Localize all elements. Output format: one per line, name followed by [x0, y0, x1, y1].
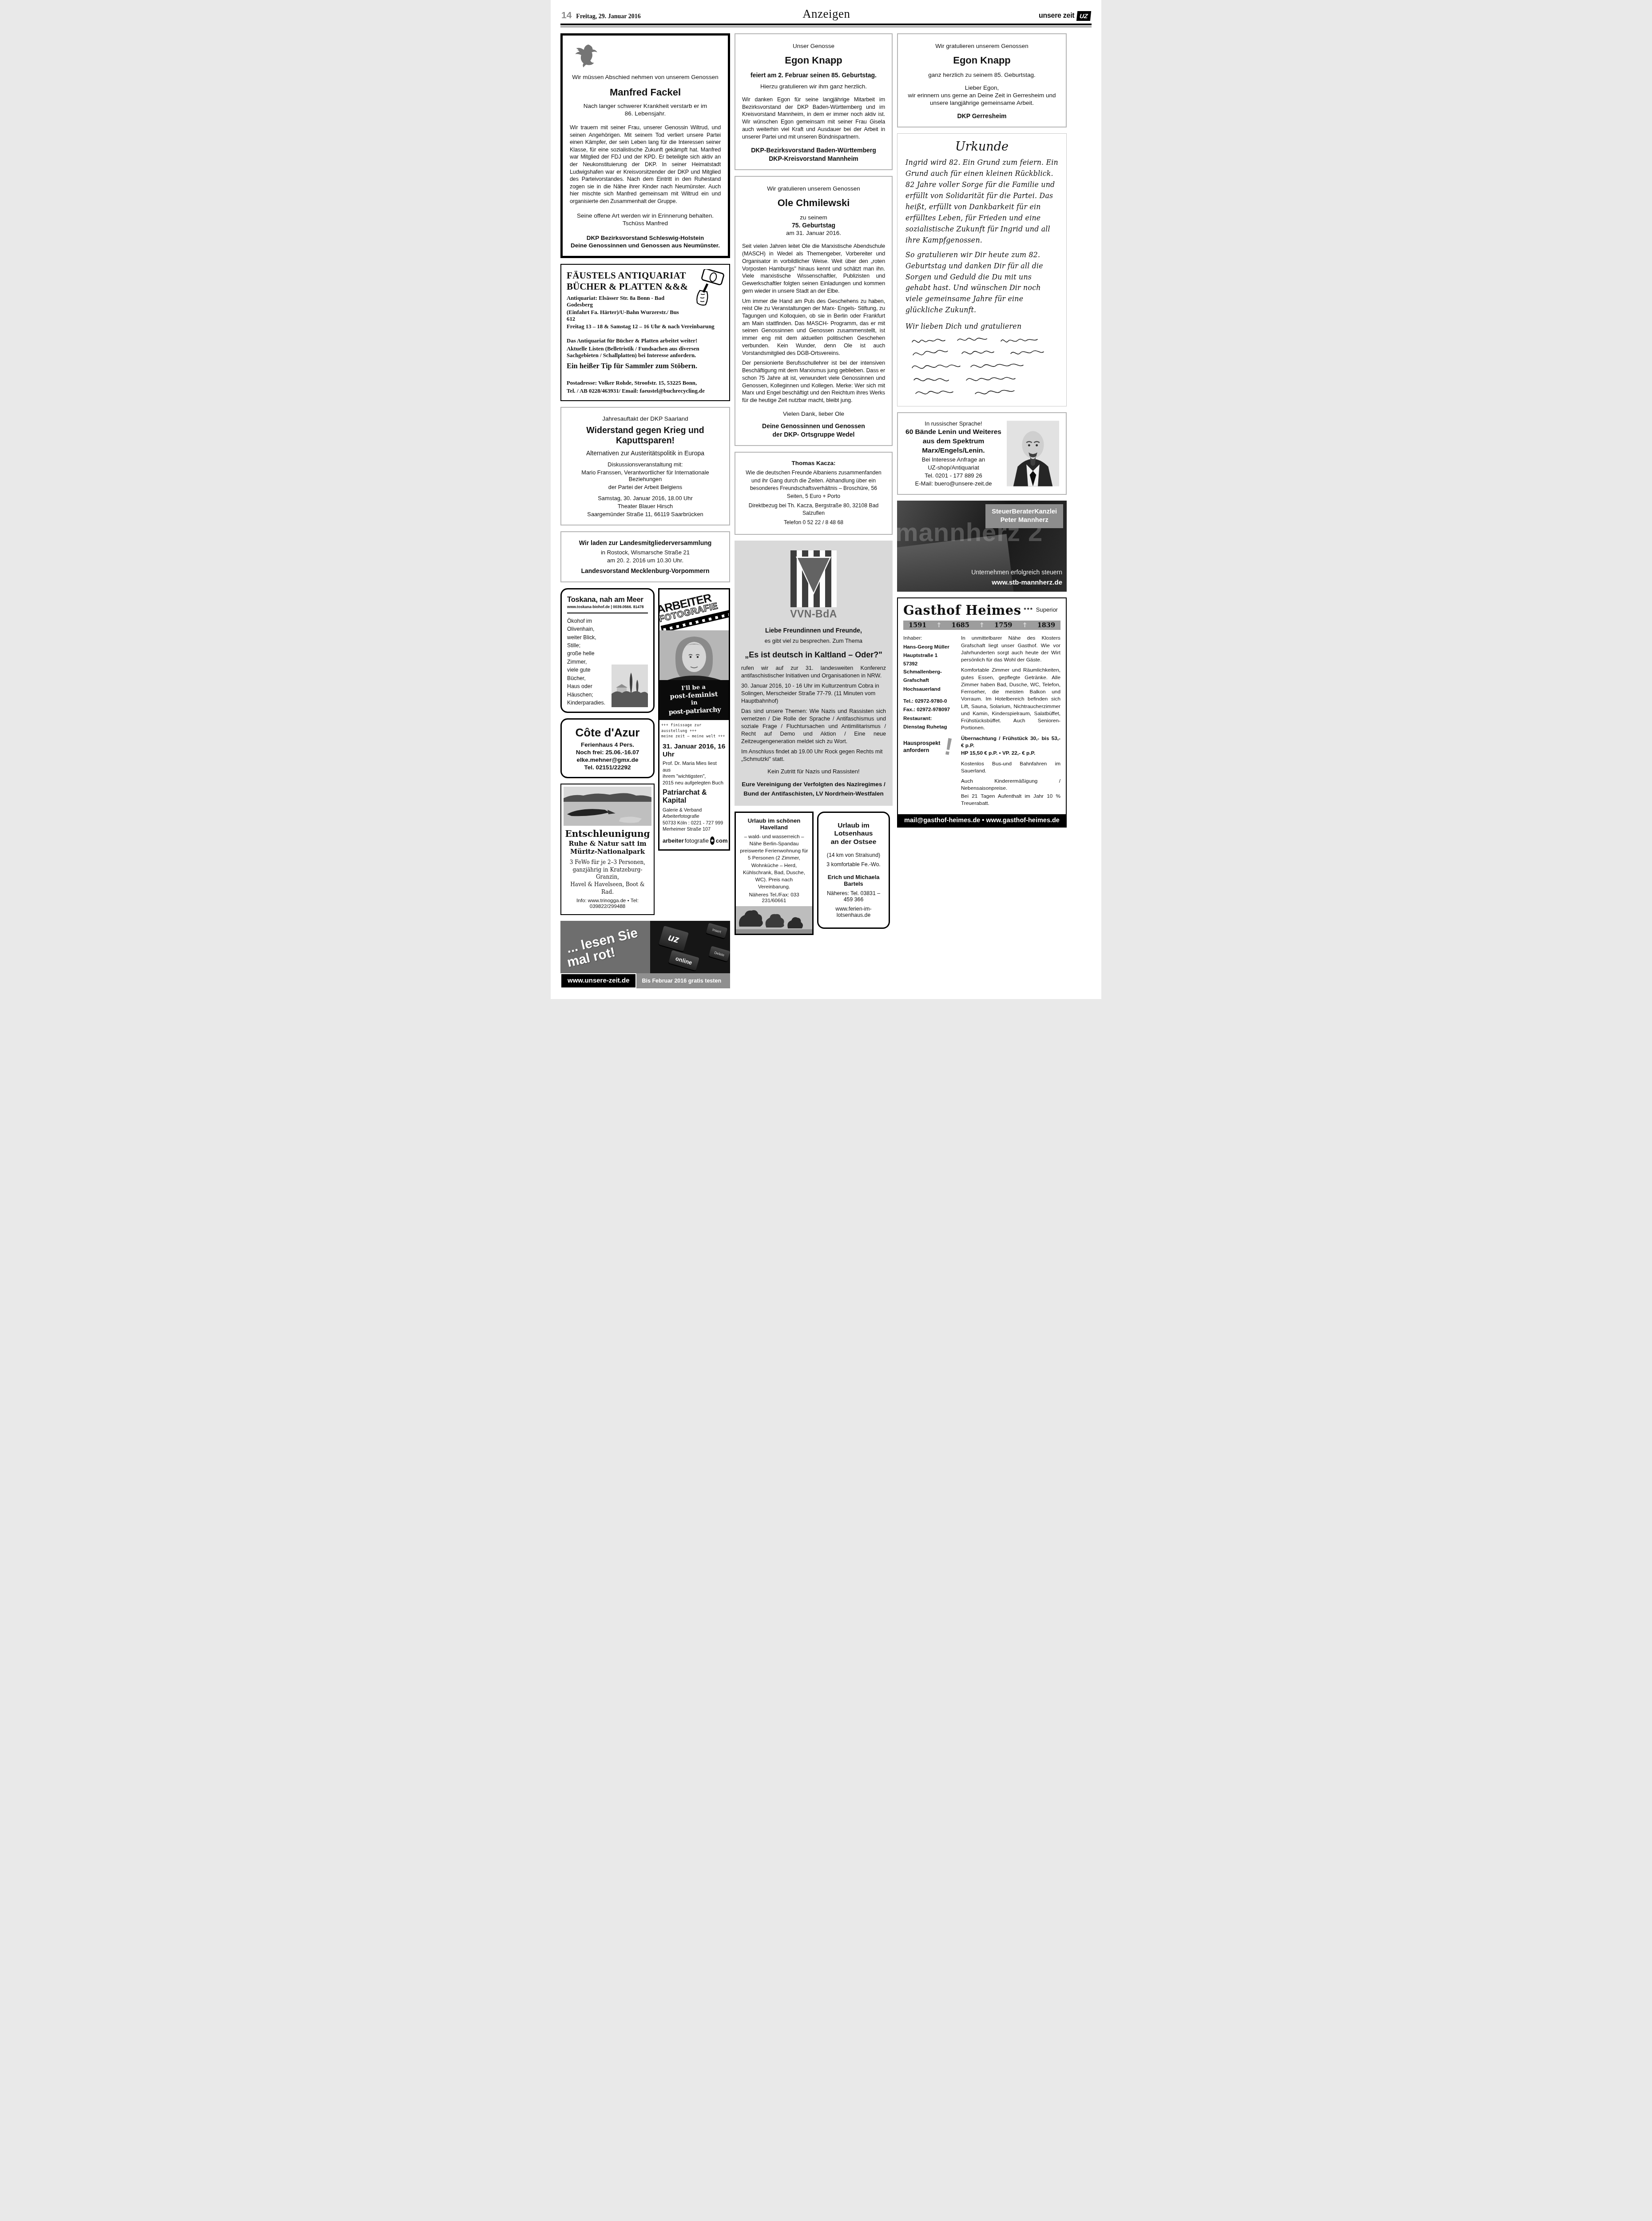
gasthof-owner-name: Hans-Georg Müller	[903, 643, 956, 651]
gasthof-fax: Fax.: 02972-978097	[903, 706, 956, 713]
kacza-title: Thomas Kacza:	[742, 460, 885, 466]
section-title: Anzeigen	[802, 7, 850, 21]
ad-thomas-kacza: Thomas Kacza: Wie die deutschen Freunde …	[735, 452, 893, 535]
saarland-venue: Theater Blauer Hirsch	[568, 503, 723, 509]
af-desc-1: Prof. Dr. Maria Mies liest aus	[663, 760, 726, 773]
vvn-logo-text: VVN-BdA	[787, 608, 840, 620]
ad-faeustels-antiquariat: FÄUSTELS ANTIQUARIAT BÜCHER & PLATTEN &&…	[560, 264, 730, 401]
lotsenhaus-title-2: an der Ostsee	[823, 838, 884, 847]
paper-name: unsere zeit	[1039, 12, 1074, 20]
vvn-call: rufen wir auf zur 31. landesweiten Konfe…	[741, 665, 886, 680]
toskana-line-6: Kinderparadies.	[567, 699, 610, 707]
vvn-signature-1: Eure Vereinigung der Verfolgten des Nazi…	[741, 780, 886, 788]
egon-d-kicker: Wir gratulieren unserem Genossen	[905, 43, 1059, 49]
urkunde-certificate: Urkunde Ingrid wird 82. Ein Grund zum fe…	[897, 133, 1067, 406]
obituary-intro: Wir müssen Abschied nehmen von unserem G…	[570, 74, 721, 80]
kacza-body-2: Direktbezug bei Th. Kacza, Bergstraße 80…	[742, 502, 885, 517]
saarland-kicker: Jahresauftakt der DKP Saarland	[568, 415, 723, 422]
entschleunigung-sub-1: Ruhe & Natur satt im	[564, 840, 651, 848]
gasthof-year-3: 1759	[994, 621, 1012, 629]
af-event-date: 31. Januar 2016, 16 Uhr	[663, 743, 726, 759]
ad-uz-online-promo: ... lesen Sie mal rot! Insert Delete uz …	[560, 921, 730, 988]
egon-d-body-1: wir erinnern uns gerne an Deine Zeit in …	[905, 92, 1059, 99]
ad-vvn-bda-konferenz: VVN-BdA Liebe Freundinnen und Freunde, e…	[735, 541, 893, 806]
gasthof-year-2: 1685	[952, 621, 969, 629]
lotsenhaus-phone: Näheres: Tel. 03831 – 459 366	[823, 890, 884, 903]
egon-bw-body: Wir danken Egon für seine langjährige Mi…	[742, 96, 885, 140]
gasthof-price-2: HP 15,50 € p.P. • VP. 22,- € p.P.	[961, 749, 1060, 756]
af-site-tld: com	[716, 837, 728, 844]
gasthof-paragraph-3: Kostenlos Bus-und Bahnfahren im Sauerlan…	[961, 760, 1060, 775]
ad-lenin-baende: In russischer Sprache! 60 Bände Lenin un…	[897, 412, 1067, 495]
urkunde-paragraph-3: Wir lieben Dich und gratulieren	[905, 321, 1058, 332]
gasthof-year-1: 1591	[909, 621, 926, 629]
lenin-line-6: UZ-shop/Antiquariat	[905, 464, 1002, 471]
uz-key: uz	[659, 926, 689, 951]
mannherz-firm-1: SteuerBeraterKanzlei	[992, 508, 1057, 516]
af-book-title: Patriarchat & Kapital	[663, 789, 726, 805]
exclamation-graphic: !	[943, 736, 954, 757]
havelland-phone: Näheres Tel./Fax: 033 231/60661	[739, 892, 809, 904]
obituary-signature-2: Deine Genossinnen und Genossen aus Neumü…	[570, 242, 721, 249]
finissage-strip: +++ finissage zur ausstellung +++ meine …	[659, 720, 729, 741]
obituary-name: Manfred Fackel	[570, 87, 721, 98]
gasthof-stars: ***	[1024, 606, 1033, 613]
gasthof-phone: Tel.: 02972-9780-0	[903, 697, 956, 705]
egon-bw-kicker: Unser Genosse	[742, 43, 885, 49]
ad-landesmitgliederversammlung: Wir laden zur Landesmitgliederversammlun…	[560, 531, 730, 582]
af-site-bold: arbeiter	[663, 837, 684, 844]
entschleunigung-sub-2: Müritz-Nationalpark	[564, 848, 651, 856]
lenin-portrait-photo	[1007, 420, 1059, 487]
camera-star-icon: ★	[710, 836, 715, 845]
ole-line-1: zu seinem	[742, 214, 885, 221]
lotsenhaus-title-1: Urlaub im Lotsenhaus	[823, 822, 884, 838]
ad-dkp-saarland-event: Jahresauftakt der DKP Saarland Widerstan…	[560, 407, 730, 525]
gasthof-superior: Superior	[1036, 606, 1058, 613]
left-sub-column: Toskana, nah am Meer www.toskana-biohof.…	[560, 588, 655, 915]
egon-d-name: Egon Knapp	[905, 55, 1059, 66]
gasthof-owner-street: Hauptstraße 1	[903, 652, 956, 659]
uz-website-url: www.unsere-zeit.de	[560, 973, 636, 988]
egon-d-signature: DKP Gerresheim	[905, 112, 1059, 119]
gasthof-paragraph-1: In unmittelbarer Nähe des Klosters Grafs…	[961, 634, 1060, 663]
saarland-date: Samstag, 30. Januar 2016, 18.00 Uhr	[568, 495, 723, 502]
ole-name: Ole Chmilewski	[742, 197, 885, 209]
tshirt-slogan-photo: I'll be a post-feminist in post-patriarc…	[659, 680, 729, 720]
ole-signature-2: der DKP- Ortsgruppe Wedel	[742, 431, 885, 438]
column-middle: Unser Genosse Egon Knapp feiert am 2. Fe…	[735, 33, 893, 935]
arbeiterfotografie-info: 31. Januar 2016, 16 Uhr Prof. Dr. Maria …	[659, 741, 729, 849]
toskana-title: Toskana, nah am Meer	[567, 596, 648, 604]
keyboard-photo: Insert Delete uz online	[650, 921, 730, 973]
gasthof-price-1: Übernachtung / Frühstück 30,- bis 53,- €…	[961, 735, 1060, 749]
obituary-body: Wir trauern mit seiner Frau, unserer Gen…	[570, 124, 721, 205]
lenin-line-7: Tel. 0201 - 177 889 26	[905, 472, 1002, 479]
saarland-subtitle: Alternativen zur Austeritätspolitik in E…	[568, 450, 723, 457]
finissage-line-1: +++ finissage zur ausstellung +++	[661, 722, 727, 733]
toskana-line-2: weiter Blick, Stille;	[567, 633, 610, 650]
maria-mies-portrait-photo	[659, 630, 729, 680]
dagger-icon: †	[981, 622, 984, 629]
gasthof-restaurant-day: Dienstag Ruhetag	[903, 723, 956, 731]
uz-promo-bar: www.unsere-zeit.de Bis Februar 2016 grat…	[560, 973, 730, 988]
lenin-line-1: In russischer Sprache!	[905, 420, 1002, 427]
urkunde-paragraph-1: Ingrid wird 82. Ein Grund zum feiern. Ei…	[905, 157, 1058, 246]
entschleunigung-title: Entschleunigung	[564, 828, 651, 839]
gasthof-paragraph-5: Bei 21 Tagen Aufenthalt im Jahr 10 % Tre…	[961, 792, 1060, 807]
toskana-line-1: Ökohof im Olivenhain,	[567, 617, 610, 633]
mannherz-website: www.stb-mannherz.de	[992, 579, 1062, 586]
af-desc-3: 2015 neu aufgelegten Buch	[663, 780, 726, 787]
cote-title: Côte d'Azur	[565, 726, 650, 740]
masthead: 14 Freitag, 29. Januar 2016 Anzeigen uns…	[560, 4, 1092, 23]
antiquariat-hours: Freitag 13 – 18 & Samstag 12 – 16 Uhr & …	[567, 323, 724, 330]
toskana-line-4: viele gute Bücher,	[567, 666, 610, 682]
egon-bw-line: feiert am 2. Februar seinen 85. Geburtst…	[742, 72, 885, 79]
entschleunigung-body-2: ganzjährig in Kratzeburg-Granzin,	[564, 866, 651, 880]
right-sub-column: ARBEITER FOTOGRAFIE	[658, 588, 730, 851]
mannherz-firm-2: Peter Mannherz	[992, 516, 1057, 525]
vvn-salute: Liebe Freundinnen und Freunde,	[741, 626, 886, 635]
vvn-stripes-triangle-icon	[790, 550, 837, 607]
lenin-line-4: Marx/Engels/Lenin.	[905, 447, 1002, 455]
obituary-subline-1: Nach langer schwerer Krankheit verstarb …	[570, 103, 721, 109]
ad-entschleunigung: Entschleunigung Ruhe & Natur satt im Mür…	[560, 784, 655, 915]
vvn-when: 30. Januar 2016, 10 - 16 Uhr im Kulturze…	[741, 682, 886, 705]
obituary-subline-2: 86. Lebensjahr.	[570, 110, 721, 117]
online-key: online	[669, 950, 700, 970]
gasthof-paragraph-2: Komfortable Zimmer und Räumlichkeiten, g…	[961, 666, 1060, 731]
canoe-lake-photo	[564, 787, 651, 826]
entschleunigung-body-3: Havel & Havelseen, Boot & Rad.	[564, 881, 651, 895]
vvn-signature-2: Bund der Antifaschisten, LV Nordrhein-We…	[741, 790, 886, 798]
ole-paragraph-1: Seit vielen Jahren leitet Ole die Marxis…	[742, 243, 885, 295]
entschleunigung-info: Info: www.trinogga.de • Tel: 039822/2994…	[564, 898, 651, 909]
gasthof-description-column: In unmittelbarer Nähe des Klosters Grafs…	[961, 634, 1060, 810]
ad-havelland: Urlaub im schönen Havelland – wald- und …	[735, 812, 814, 935]
ad-steuerberater-mannherz: mannherz 2 SteuerBeraterKanzlei Peter Ma…	[897, 501, 1067, 592]
vvn-after: Im Anschluss findet ab 19.00 Uhr Rock ge…	[741, 748, 886, 763]
egon-bw-signature-2: DKP-Kreisvorstand Mannheim	[742, 155, 885, 162]
peace-dove-icon	[570, 44, 721, 69]
rostock-place: in Rostock, Wismarsche Straße 21	[568, 549, 723, 556]
ad-lotsenhaus: Urlaub im Lotsenhaus an der Ostsee (14 k…	[817, 812, 890, 929]
kacza-body: Wie die deutschen Freunde Albaniens zusa…	[742, 469, 885, 501]
saarland-line-2: Mario Franssen, Verantwortlicher für Int…	[568, 469, 723, 482]
antiquariat-address-1: Antiquariat: Elsässer Str. 8a Bonn - Bad…	[567, 295, 687, 308]
egon-bw-name: Egon Knapp	[742, 55, 885, 66]
gasthof-prospekt-1: Hausprospekt	[903, 740, 940, 747]
gasthof-owner-city-2: Grafschaft	[903, 677, 956, 684]
lenin-line-5: Bei Interesse Anfrage an	[905, 456, 1002, 463]
vvn-intro: es gibt viel zu besprechen. Zum Thema	[741, 637, 886, 645]
ole-line-3: am 31. Januar 2016.	[742, 230, 885, 236]
ole-signature-1: Deine Genossinnen und Genossen	[742, 422, 885, 430]
vvn-theme: „Es ist deutsch in Kaltland – Oder?"	[741, 649, 886, 660]
gasthof-contact-column: Inhaber: Hans-Georg Müller Hauptstraße 1…	[903, 634, 956, 810]
antiquariat-postal-2: Tel. / AB 0228/463931/ Email: faeustel@b…	[567, 388, 724, 394]
gasthof-year-4: 1839	[1037, 621, 1055, 629]
ole-paragraph-2: Um immer die Hand am Puls des Geschehens…	[742, 298, 885, 357]
arbeiterfotografie-logo: ARBEITER FOTOGRAFIE	[659, 589, 729, 630]
havelland-body: – wald- und wasserreich – Nähe Berlin-Sp…	[739, 833, 809, 891]
lotsenhaus-title: Urlaub im Lotsenhaus an der Ostsee	[823, 822, 884, 847]
ole-kicker: Wir gratulieren unserem Genossen	[742, 185, 885, 192]
masthead-rule	[560, 24, 1092, 27]
egon-d-salute: Lieber Egon,	[905, 84, 1059, 91]
egon-bw-signature-1: DKP-Bezirksvorstand Baden-Württemberg	[742, 147, 885, 154]
finissage-line-2: meine zeit – meine welt +++	[661, 733, 727, 739]
handwritten-signatures	[905, 336, 1058, 402]
gasthof-paragraph-4: Auch Kinderermäßigung / Nebensaisonpreis…	[961, 777, 1060, 792]
obituary-remember-1: Seine offene Art werden wir in Erinnerun…	[570, 212, 721, 219]
toskana-contact: www.toskana-biohof.de | 0039.0566. 81478	[567, 605, 648, 613]
obituary-remember-2: Tschüss Manfred	[570, 220, 721, 227]
cote-line-1: Ferienhaus 4 Pers.	[565, 741, 650, 748]
obituary-manfred-fackel: Wir müssen Abschied nehmen von unserem G…	[560, 33, 730, 258]
lotsenhaus-names: Erich und Michaela Bartels	[823, 874, 884, 887]
uz-promo-slogan: ... lesen Sie mal rot!	[565, 926, 642, 969]
greeting-egon-knapp-gerresheim: Wir gratulieren unserem Genossen Egon Kn…	[897, 33, 1067, 127]
rostock-date: am 20. 2. 2016 um 10.30 Uhr.	[568, 557, 723, 564]
ad-toskana: Toskana, nah am Meer www.toskana-biohof.…	[560, 588, 655, 713]
ad-cote-dazur: Côte d'Azur Ferienhaus 4 Pers. Noch frei…	[560, 718, 655, 778]
af-website: arbeiterfotografie★com	[663, 836, 726, 845]
urkunde-paragraph-2: So gratulieren wir Dir heute zum 82. Geb…	[905, 250, 1058, 316]
rostock-title: Wir laden zur Landesmitgliederversammlun…	[568, 539, 723, 546]
ad-arbeiterfotografie: ARBEITER FOTOGRAFIE	[658, 588, 730, 851]
gasthof-owner-city-1: 57392 Schmallenberg-	[903, 660, 956, 676]
gasthof-owner-region: Hochsauerland	[903, 685, 956, 693]
antiquariat-note-1: Das Antiquariat für Bücher & Platten arb…	[567, 338, 724, 344]
vvn-bda-logo: VVN-BdA	[787, 550, 840, 620]
ole-thanks: Vielen Dank, lieber Ole	[742, 410, 885, 417]
gasthof-restaurant-label: Restaurant:	[903, 715, 956, 722]
vvn-themes: Das sind unsere Themen: Wie Nazis und Ra…	[741, 708, 886, 745]
delete-key: Delete	[709, 946, 730, 961]
antiquariat-address-2: (Einfahrt Fa. Härter)/U-Bahn Wurzerstr./…	[567, 309, 687, 322]
gasthof-years-band: 1591 † 1685 † 1759 † 1839	[903, 621, 1060, 630]
entschleunigung-body-1: 3 FeWo für je 2–3 Personen,	[564, 859, 651, 866]
vvn-ban: Kein Zutritt für Nazis und Rassisten!	[741, 768, 886, 776]
obituary-signature-1: DKP Bezirksvorstand Schleswig-Holstein	[570, 235, 721, 241]
mannherz-firm-box: SteuerBeraterKanzlei Peter Mannherz	[985, 504, 1063, 528]
toskana-line-5: Haus oder Häuschen;	[567, 682, 610, 699]
mannherz-slogan: Unternehmen erfolgreich steuern	[971, 569, 1062, 576]
gasthof-prospekt: Hausprospekt anfordern !	[903, 737, 956, 756]
kacza-phone: Telefon 0 52 22 / 8 48 68	[742, 519, 885, 527]
cote-line-2: Noch frei: 25.06.-16.07	[565, 749, 650, 756]
af-address-3: Merheimer Straße 107	[663, 826, 726, 833]
column-left: Wir müssen Abschied nehmen von unserem G…	[560, 33, 730, 988]
saarland-line-1: Diskussionsveranstaltung mit:	[568, 461, 723, 468]
insert-key: Insert	[706, 923, 728, 938]
column-right: Wir gratulieren unserem Genossen Egon Kn…	[897, 33, 1067, 828]
gasthof-name: Gasthof Heimes	[903, 603, 1021, 618]
page-columns: Wir müssen Abschied nehmen von unserem G…	[560, 33, 1092, 988]
af-address-1: Galerie & Verband Arbeiterfotografie	[663, 807, 726, 820]
uz-promo-strip: Bis Februar 2016 gratis testen	[636, 973, 730, 988]
egon-d-body-2: unsere langjährige gemeinsame Arbeit.	[905, 100, 1059, 106]
uz-logo: UZ	[1076, 11, 1091, 21]
dagger-icon: †	[937, 622, 941, 629]
toskana-landscape-photo	[612, 665, 648, 707]
page-number: 14	[561, 10, 572, 21]
lotsenhaus-line-2: 3 komfortable Fe.-Wo.	[823, 861, 884, 868]
greeting-egon-knapp-bw: Unser Genosse Egon Knapp feiert am 2. Fe…	[735, 33, 893, 170]
urkunde-title: Urkunde	[905, 140, 1058, 154]
antiquariat-postal-1: Postadresse: Volker Rohde, Stroofstr. 15…	[567, 380, 724, 386]
toskana-line-3: große helle Zimmer,	[567, 649, 610, 666]
lenin-line-8: E-Mail: buero@unsere-zeit.de	[905, 480, 1002, 487]
havelland-title: Urlaub im schönen Havelland	[739, 817, 809, 831]
lotsenhaus-web: www.ferien-im-lotsenhaus.de	[823, 906, 884, 918]
newspaper-page: 14 Freitag, 29. Januar 2016 Anzeigen uns…	[551, 0, 1101, 999]
dagger-icon: †	[1023, 622, 1026, 629]
saarland-address: Saargemünder Straße 11, 66119 Saarbrücke…	[568, 511, 723, 517]
lenin-ad-text: In russischer Sprache! 60 Bände Lenin un…	[905, 419, 1002, 488]
havelland-trees-photo	[736, 906, 812, 934]
egon-d-line: ganz herzlich zu seinem 85. Geburtstag.	[905, 72, 1059, 78]
cote-line-4: Tel. 02151/22292	[565, 764, 650, 771]
page-date: Freitag, 29. Januar 2016	[576, 13, 640, 20]
greeting-ole-chmilewski: Wir gratulieren unserem Genossen Ole Chm…	[735, 176, 893, 446]
saarland-line-3: der Partei der Arbeit Belgiens	[568, 484, 723, 490]
left-bottom-row: Toskana, nah am Meer www.toskana-biohof.…	[560, 588, 730, 915]
antiquariat-note-2: Aktuelle Listen (Belletristik / Fundsach…	[567, 346, 724, 359]
gasthof-footer-bar: mail@gasthof-heimes.de • www.gasthof-hei…	[898, 814, 1066, 827]
af-desc-2: ihrem "wichtigsten",	[663, 773, 726, 780]
gasthof-owner-label: Inhaber:	[903, 634, 956, 642]
lenin-line-3: aus dem Spektrum	[905, 438, 1002, 446]
lotsenhaus-line-1: (14 km von Stralsund)	[823, 852, 884, 858]
antiquariat-highlight: Ein heißer Tip für Sammler zum Stöbern.	[567, 362, 724, 370]
af-address-2: 50733 Köln : 0221 - 727 999	[663, 820, 726, 827]
hammer-illustration-icon	[694, 269, 726, 308]
toskana-body: Ökohof im Olivenhain, weiter Blick, Stil…	[567, 617, 610, 707]
gasthof-prospekt-2: anfordern	[903, 747, 940, 754]
egon-bw-line-2: Hierzu gratulieren wir ihm ganz herzlich…	[742, 83, 885, 90]
cote-line-3: elke.mehner@gmx.de	[565, 756, 650, 763]
lenin-line-2: 60 Bände Lenin und Weiteres	[905, 428, 1002, 436]
middle-bottom-row: Urlaub im schönen Havelland – wald- und …	[735, 812, 893, 935]
ole-line-2: 75. Geburtstag	[742, 222, 885, 229]
ole-paragraph-3: Der pensionierte Berufsschullehrer ist b…	[742, 359, 885, 404]
saarland-title: Widerstand gegen Krieg und Kaputtsparen!	[568, 426, 723, 446]
rostock-signature: Landesvorstand Mecklenburg-Vorpommern	[568, 567, 723, 574]
ad-gasthof-heimes: Gasthof Heimes *** Superior 1591 † 1685 …	[897, 597, 1067, 828]
af-site-regular: fotografie	[685, 837, 709, 844]
